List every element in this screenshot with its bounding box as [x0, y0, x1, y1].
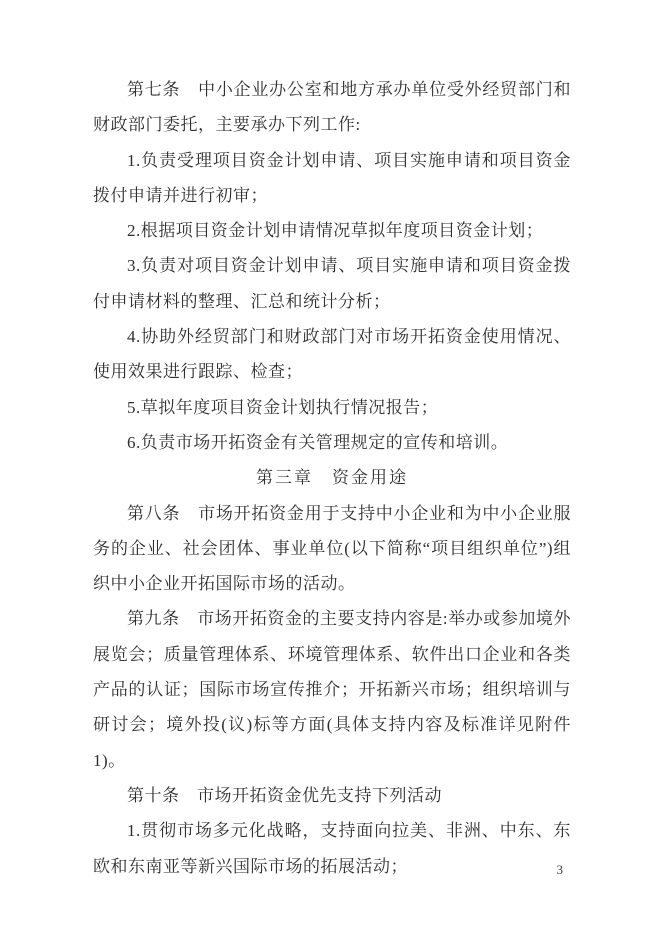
document-page: 第七条 中小企业办公室和地方承办单位受外经贸部门和财政部门委托，主要承办下列工作…: [0, 0, 661, 935]
para-duty-item-6: 6.负责市场开拓资金有关管理规定的宣传和培训。: [93, 425, 571, 460]
para-duty-item-2: 2.根据项目资金计划申请情况草拟年度项目资金计划；: [93, 213, 571, 248]
para-duty-item-1: 1.负责受理项目资金计划申请、项目实施申请和项目资金拨付申请并进行初审；: [93, 143, 571, 214]
para-duty-item-4: 4.协助外经贸部门和财政部门对市场开拓资金使用情况、使用效果进行跟踪、检查；: [93, 319, 571, 390]
para-article-8: 第八条 市场开拓资金用于支持中小企业和为中小企业服务的企业、社会团体、事业单位(…: [93, 496, 571, 602]
para-duty-item-3: 3.负责对项目资金计划申请、项目实施申请和项目资金拨付申请材料的整理、汇总和统计…: [93, 248, 571, 319]
para-duty-item-5: 5.草拟年度项目资金计划执行情况报告；: [93, 390, 571, 425]
page-number: 3: [557, 862, 564, 878]
para-priority-item-1: 1.贯彻市场多元化战略，支持面向拉美、非洲、中东、东欧和东南亚等新兴国际市场的拓…: [93, 813, 571, 884]
para-article-10-intro: 第十条 市场开拓资金优先支持下列活动: [93, 778, 571, 813]
document-body: 第七条 中小企业办公室和地方承办单位受外经贸部门和财政部门委托，主要承办下列工作…: [93, 72, 571, 884]
para-article-9: 第九条 市场开拓资金的主要支持内容是:举办或参加境外展览会；质量管理体系、环境管…: [93, 601, 571, 777]
para-article-7-intro: 第七条 中小企业办公室和地方承办单位受外经贸部门和财政部门委托，主要承办下列工作…: [93, 72, 571, 143]
chapter-3-heading: 第三章 资金用途: [93, 460, 571, 495]
